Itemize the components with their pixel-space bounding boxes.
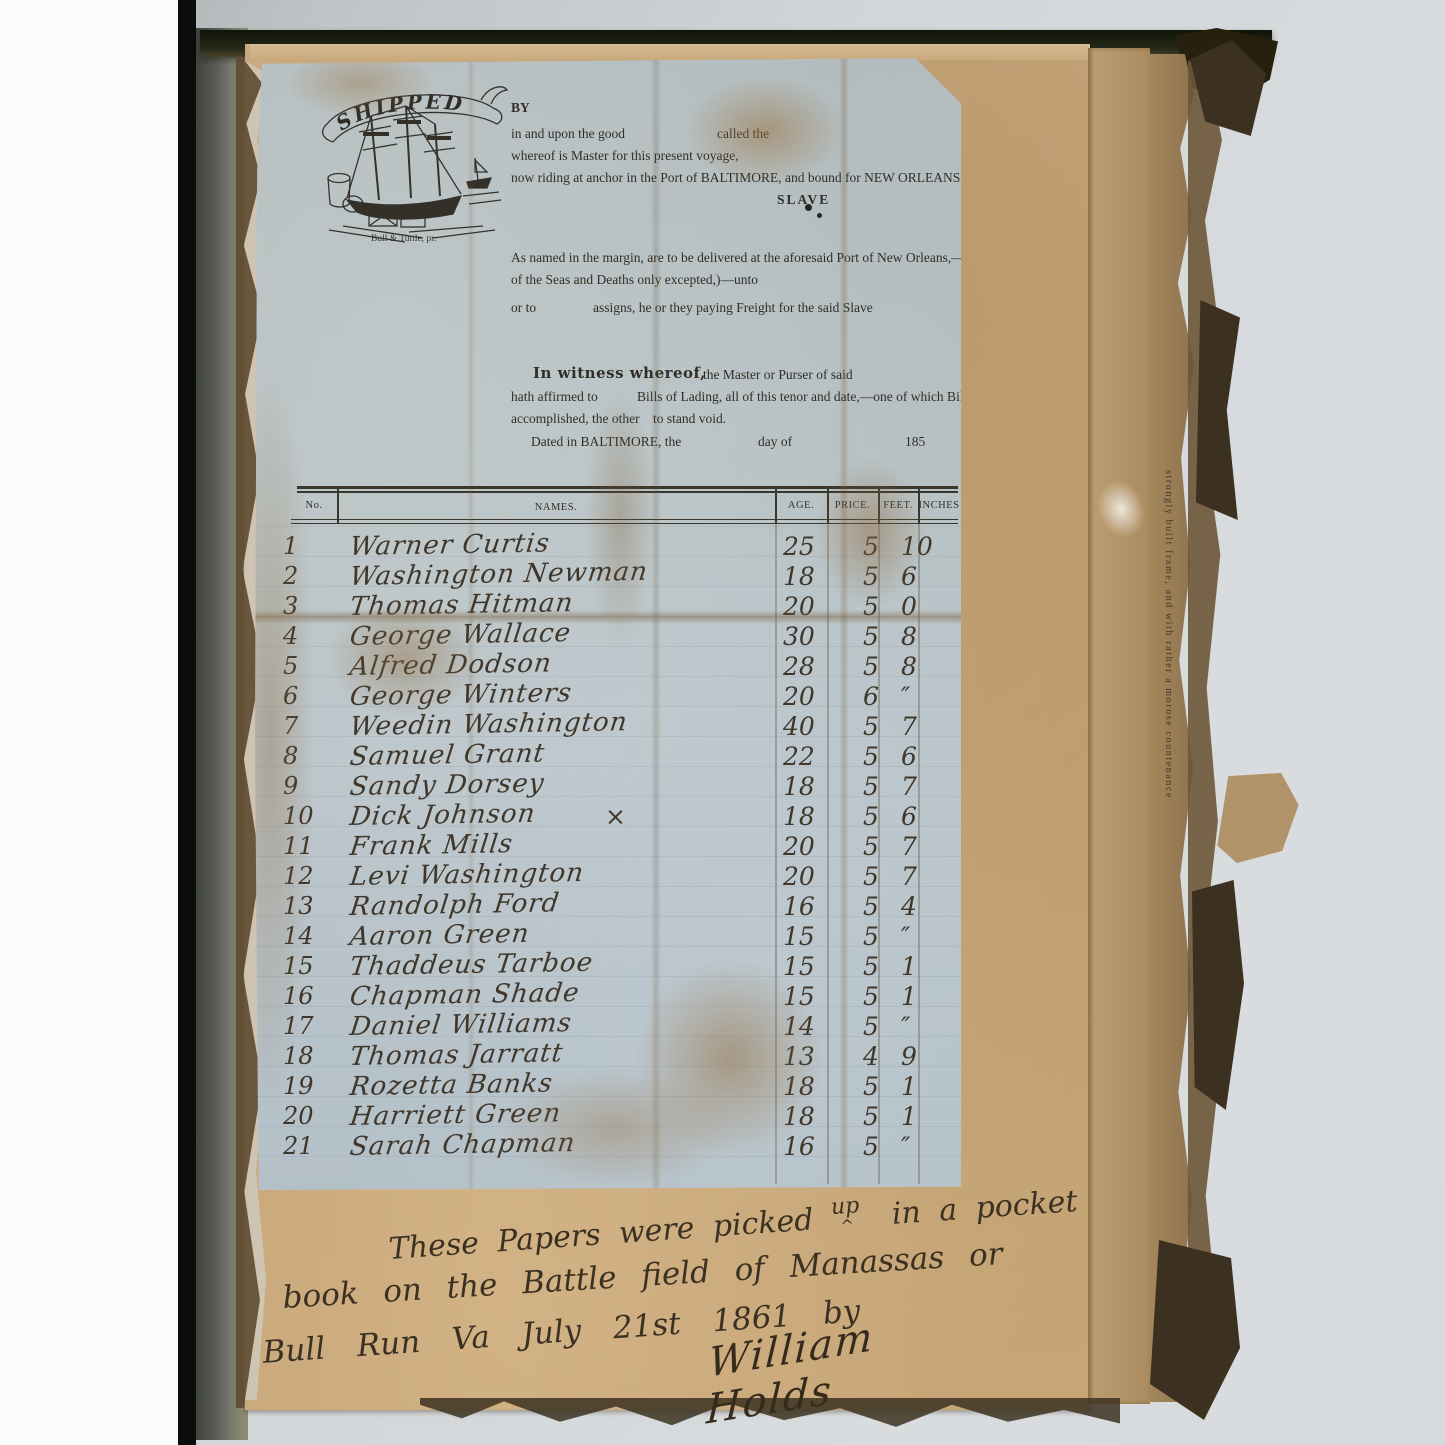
- page-top-edge: [250, 44, 1090, 60]
- witness-line2a: hath affirmed to: [511, 389, 598, 405]
- row-feet: 5: [863, 532, 879, 561]
- row-inches: 4: [901, 892, 917, 921]
- table-row: 7Weedin Washington4057: [255, 712, 961, 742]
- row-inches: 1: [901, 952, 917, 981]
- row-inches: 1: [901, 1072, 917, 1101]
- row-number: 14: [283, 922, 314, 950]
- row-name: Dick Johnson: [348, 799, 537, 832]
- row-age: 20: [783, 592, 815, 621]
- row-number: 19: [283, 1072, 314, 1100]
- table-row: 10Dick Johnson×1856: [255, 802, 961, 832]
- row-mark: ×: [605, 802, 626, 831]
- row-number: 21: [283, 1132, 314, 1160]
- row-age: 30: [783, 622, 815, 651]
- ship-engraving: SHIPPED Bull & Tuttle, pr.: [313, 78, 509, 250]
- row-age: 14: [783, 1012, 815, 1041]
- row-name: Weedin Washington: [348, 707, 629, 742]
- row-feet: 5: [863, 922, 879, 951]
- row-age: 20: [783, 862, 815, 891]
- row-feet: 5: [863, 562, 879, 591]
- table-row: 4George Wallace3058: [255, 622, 961, 652]
- row-inches: 1: [901, 982, 917, 1011]
- scanner-bed-edge: [0, 0, 178, 1445]
- row-number: 2: [283, 562, 298, 590]
- form-line-port: now riding at anchor in the Port of BALT…: [511, 170, 1013, 186]
- row-age: 15: [783, 922, 815, 951]
- row-number: 20: [283, 1102, 314, 1130]
- table-row: 15Thaddeus Tarboe1551: [255, 952, 961, 982]
- row-name: Washington Newman: [348, 557, 650, 592]
- witness-line2b: Bills of Lading, all of this tenor and d…: [637, 389, 1006, 405]
- row-feet: 5: [863, 1012, 879, 1041]
- table-rule-header-bottom: [291, 519, 958, 520]
- row-name: George Wallace: [348, 618, 573, 652]
- ink-spot: [805, 204, 812, 211]
- row-age: 18: [783, 772, 815, 801]
- row-inches: 10: [901, 532, 933, 561]
- form-line-called: called the: [717, 126, 769, 142]
- row-number: 11: [283, 832, 314, 860]
- row-number: 15: [283, 952, 314, 980]
- row-number: 6: [283, 682, 298, 710]
- row-age: 20: [783, 832, 815, 861]
- row-feet: 6: [863, 682, 879, 711]
- table-row: 16Chapman Shade1551: [255, 982, 961, 1012]
- row-name: Thomas Jarratt: [348, 1038, 565, 1072]
- row-inches: 7: [901, 862, 917, 891]
- row-number: 12: [283, 862, 314, 890]
- witness-line3b: to stand void.: [653, 411, 726, 427]
- row-number: 7: [283, 712, 298, 740]
- form-line-assigns: assigns, he or they paying Freight for t…: [593, 300, 873, 316]
- row-feet: 5: [863, 1102, 879, 1131]
- row-name: Thaddeus Tarboe: [348, 948, 595, 982]
- row-age: 15: [783, 952, 815, 981]
- table-row: 21Sarah Chapman165″: [255, 1132, 961, 1162]
- row-number: 10: [283, 802, 314, 830]
- row-age: 16: [783, 892, 815, 921]
- caret-mark: ^: [840, 1216, 855, 1236]
- row-number: 17: [283, 1012, 314, 1040]
- table-row: 5Alfred Dodson2858: [255, 652, 961, 682]
- row-inches: 8: [901, 622, 917, 651]
- header-names: NAMES.: [337, 502, 775, 513]
- row-name: Randolph Ford: [348, 888, 561, 922]
- row-feet: 5: [863, 802, 879, 831]
- table-row: 8Samuel Grant2256: [255, 742, 961, 772]
- row-name: Aaron Green: [348, 919, 531, 952]
- table-row: 17Daniel Williams145″: [255, 1012, 961, 1042]
- ink-spot: [817, 213, 822, 218]
- header-price: PRICE.: [827, 500, 878, 511]
- torn-fragment: [1196, 300, 1240, 520]
- row-feet: 5: [863, 592, 879, 621]
- row-name: Levi Washington: [348, 858, 586, 892]
- row-feet: 4: [863, 1042, 879, 1071]
- row-age: 13: [783, 1042, 815, 1071]
- table-row: 9Sandy Dorsey1857: [255, 772, 961, 802]
- row-name: Sarah Chapman: [348, 1128, 577, 1162]
- row-inches: 9: [901, 1042, 917, 1071]
- row-age: 40: [783, 712, 815, 741]
- form-line-or-to: or to: [511, 300, 536, 316]
- row-feet: 5: [863, 952, 879, 981]
- row-inches: 1: [901, 1102, 917, 1131]
- row-number: 8: [283, 742, 298, 770]
- torn-page-strip: [1088, 48, 1150, 1404]
- row-number: 18: [283, 1042, 314, 1070]
- row-number: 5: [283, 652, 298, 680]
- row-inches: 0: [901, 592, 917, 621]
- row-age: 18: [783, 1072, 815, 1101]
- row-inches: 6: [901, 562, 917, 591]
- row-name: Alfred Dodson: [348, 648, 553, 682]
- table-row: 14Aaron Green155″: [255, 922, 961, 952]
- header-inches: INCHES: [918, 500, 960, 511]
- form-line-slave: SLAVE: [777, 192, 830, 208]
- row-number: 4: [283, 622, 298, 650]
- row-name: Sandy Dorsey: [348, 769, 546, 802]
- row-name: Chapman Shade: [348, 978, 581, 1012]
- row-name: George Winters: [348, 678, 574, 712]
- header-no: No.: [291, 500, 337, 511]
- row-name: Daniel Williams: [348, 1008, 574, 1042]
- row-name: Warner Curtis: [348, 529, 552, 562]
- dated-line: Dated in BALTIMORE, the: [531, 434, 681, 450]
- row-name: Harriett Green: [348, 1098, 563, 1132]
- row-inches: ″: [901, 682, 910, 711]
- row-feet: 5: [863, 892, 879, 921]
- row-inches: ″: [901, 922, 910, 951]
- row-number: 13: [283, 892, 314, 920]
- table-rule-top2: [297, 491, 958, 493]
- row-name: Thomas Hitman: [348, 588, 575, 622]
- row-age: 18: [783, 802, 815, 831]
- table-rows: 1Warner Curtis255102Washington Newman185…: [255, 526, 961, 1186]
- torn-fragment: [1192, 880, 1244, 1110]
- table-row: 3Thomas Hitman2050: [255, 592, 961, 622]
- form-para-delivery-2: of the Seas and Deaths only excepted,)—u…: [511, 272, 758, 288]
- row-inches: ″: [901, 1012, 910, 1041]
- row-age: 28: [783, 652, 815, 681]
- form-line-by: BY: [511, 100, 530, 116]
- header-age: AGE.: [775, 500, 827, 511]
- battlefield-annotation: These Papers were picked up^ in a pocket…: [258, 1192, 972, 1422]
- table-row: 11Frank Mills2057: [255, 832, 961, 862]
- newspaper-fragment-text: strongly built frame, and with rather a …: [1163, 470, 1174, 1030]
- row-age: 25: [783, 532, 815, 561]
- row-inches: 6: [901, 742, 917, 771]
- torn-fragment: [1150, 1240, 1240, 1420]
- table-row: 19Rozetta Banks1851: [255, 1072, 961, 1102]
- row-number: 16: [283, 982, 314, 1010]
- table-rule-header-bottom2: [291, 523, 958, 524]
- row-age: 18: [783, 562, 815, 591]
- row-age: 20: [783, 682, 815, 711]
- dated-year: 185: [905, 434, 925, 450]
- row-feet: 5: [863, 862, 879, 891]
- row-feet: 5: [863, 982, 879, 1011]
- form-para-delivery-1: As named in the margin, are to be delive…: [511, 250, 1031, 266]
- witness-lead: In witness whereof,: [533, 364, 706, 382]
- torn-page-tab: [1215, 765, 1303, 871]
- row-name: Rozetta Banks: [348, 1068, 555, 1102]
- table-row: 12Levi Washington2057: [255, 862, 961, 892]
- row-inches: 6: [901, 802, 917, 831]
- row-feet: 5: [863, 772, 879, 801]
- row-number: 9: [283, 772, 298, 800]
- printer-credit: Bull & Tuttle, pr.: [371, 234, 436, 244]
- table-row: 18Thomas Jarratt1349: [255, 1042, 961, 1072]
- table-row: 2Washington Newman1856: [255, 562, 961, 592]
- row-name: Samuel Grant: [348, 739, 547, 772]
- row-inches: 8: [901, 652, 917, 681]
- row-number: 3: [283, 592, 298, 620]
- scanned-document: strongly built frame, and with rather a …: [0, 0, 1445, 1445]
- row-inches: 7: [901, 832, 917, 861]
- row-feet: 5: [863, 742, 879, 771]
- row-number: 1: [283, 532, 298, 560]
- row-inches: 7: [901, 772, 917, 801]
- torn-page-strip: [1188, 60, 1222, 1396]
- row-feet: 5: [863, 712, 879, 741]
- ship-engraving-icon: SHIPPED: [313, 78, 509, 250]
- row-age: 22: [783, 742, 815, 771]
- svg-text:SHIPPED: SHIPPED: [332, 90, 467, 136]
- row-inches: ″: [901, 1132, 910, 1161]
- book-spine: [178, 0, 196, 1445]
- witness-line3a: accomplished, the other: [511, 411, 640, 427]
- table-row: 20Harriett Green1851: [255, 1102, 961, 1132]
- dated-dayof: day of: [758, 434, 792, 450]
- row-feet: 5: [863, 652, 879, 681]
- row-inches: 7: [901, 712, 917, 741]
- form-line-master: whereof is Master for this present voyag…: [511, 148, 739, 164]
- row-age: 18: [783, 1102, 815, 1131]
- form-line-good: in and upon the good: [511, 126, 625, 142]
- witness-rest: the Master or Purser of said: [703, 367, 853, 383]
- row-name: Frank Mills: [348, 829, 515, 862]
- row-feet: 5: [863, 1072, 879, 1101]
- table-row: 13Randolph Ford1654: [255, 892, 961, 922]
- table-rule-top: [297, 486, 958, 489]
- bill-of-lading-sheet: SHIPPED Bull & Tuttle, pr. BY in and upo…: [255, 58, 961, 1190]
- shipped-banner-text: SHIPPED: [332, 90, 467, 136]
- row-age: 16: [783, 1132, 815, 1161]
- row-feet: 5: [863, 1132, 879, 1161]
- header-feet: FEET.: [878, 500, 918, 511]
- row-feet: 5: [863, 622, 879, 651]
- row-age: 15: [783, 982, 815, 1011]
- row-feet: 5: [863, 832, 879, 861]
